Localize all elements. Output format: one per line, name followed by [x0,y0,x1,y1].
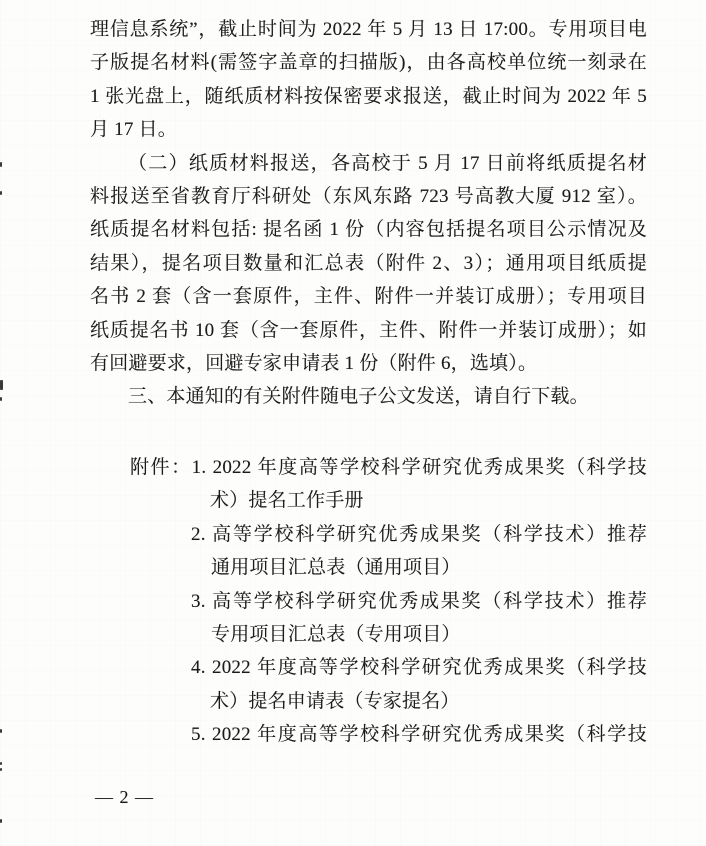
attachment-text-line: 5. 2022 年度高等学校科学研究优秀成果奖（科学技 [191,718,647,751]
notice-body-text: 理信息系统”，截止时间为 2022 年 5 月 13 日 17:00。专用项目电… [90,13,647,414]
scanned-notice-page: 理信息系统”，截止时间为 2022 年 5 月 13 日 17:00。专用项目电… [0,0,706,846]
attachment-text-line: 通用项目汇总表（通用项目） [211,551,647,584]
scan-speck [0,762,2,765]
scan-speck [0,819,2,823]
body-text-line: 纸质提名书 10 套（含一套原件，主件、附件一并装订成册）；如 [90,314,647,347]
attachment-text-line: 3. 高等学校科学研究优秀成果奖（科学技术）推荐 [191,585,647,618]
scan-speck [0,191,2,195]
scan-speck [0,397,2,401]
page-number: — 2 — [95,786,154,808]
body-text-line: 三、本通知的有关附件随电子公文发送，请自行下载。 [128,380,647,413]
attachment-text-line: 2. 高等学校科学研究优秀成果奖（科学技术）推荐 [191,518,647,551]
attachment-list: 附件：1. 2022 年度高等学校科学研究优秀成果奖（科学技术）提名工作手册2.… [90,451,647,752]
body-text-line: 月 17 日。 [90,113,647,146]
body-text-line: 名书 2 套（含一套原件，主件、附件一并装订成册）；专用项目 [90,280,647,313]
scan-speck [0,729,2,733]
attachment-text-line: 附件：1. 2022 年度高等学校科学研究优秀成果奖（科学技 [130,451,647,484]
attachment-text-line: 专用项目汇总表（专用项目） [211,618,647,651]
body-text-line: （二）纸质材料报送，各高校于 5 月 17 日前将纸质提名材 [128,147,647,180]
attachment-text-line: 术）提名申请表（专家提名） [210,685,647,718]
body-text-line: 纸质提名材料包括: 提名函 1 份（内容包括提名项目公示情况及 [90,213,647,246]
body-text-line: 结果），提名项目数量和汇总表（附件 2、3）；通用项目纸质提 [90,247,647,280]
body-text-line: 料报送至省教育厅科研处（东风东路 723 号高教大厦 912 室）。 [90,180,647,213]
body-text-line: 有回避要求，回避专家申请表 1 份（附件 6，选填）。 [90,347,647,380]
body-text-line: 理信息系统”，截止时间为 2022 年 5 月 13 日 17:00。专用项目电 [90,13,647,46]
scan-speck [0,162,2,167]
body-text-line: 子版提名材料(需签字盖章的扫描版)，由各高校单位统一刻录在 [90,46,647,79]
body-text-line: 1 张光盘上，随纸质材料按保密要求报送，截止时间为 2022 年 5 [90,80,647,113]
scan-speck [0,380,3,390]
scan-speck [0,768,2,771]
attachment-text-line: 术）提名工作手册 [210,484,647,517]
attachment-text-line: 4. 2022 年度高等学校科学研究优秀成果奖（科学技 [191,651,647,684]
